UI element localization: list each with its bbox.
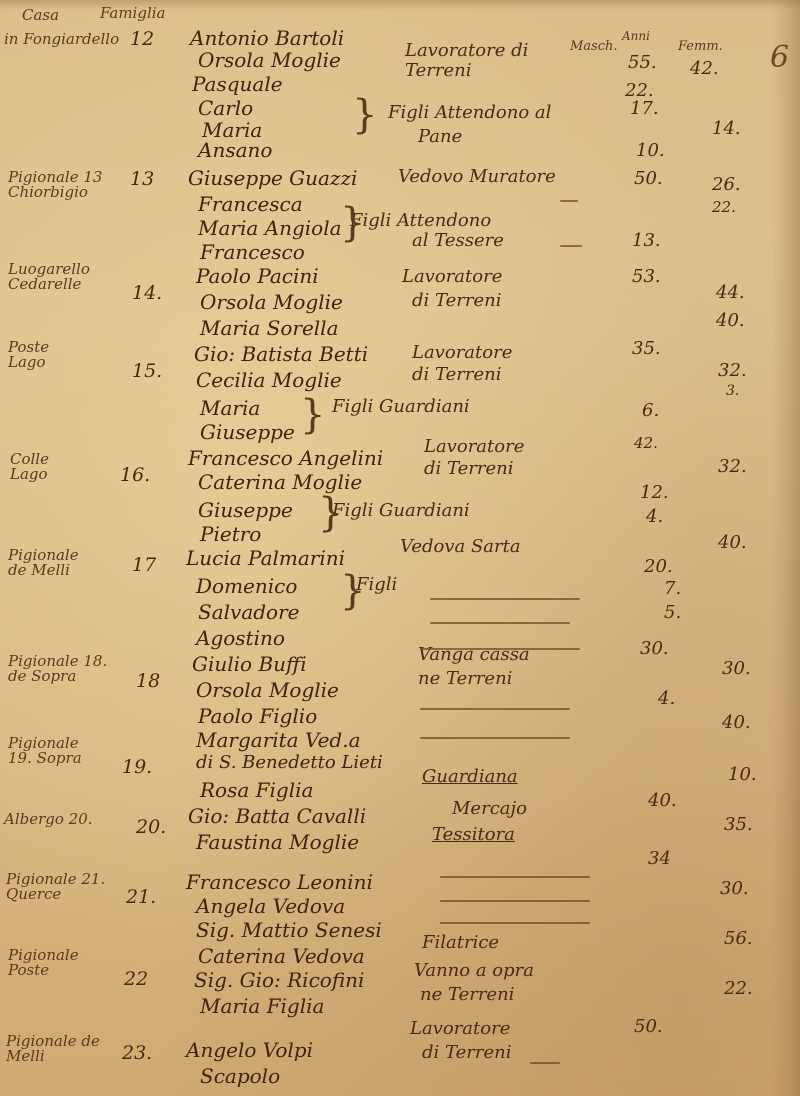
age-male: 53. bbox=[632, 268, 661, 286]
member-name: Agostino bbox=[196, 628, 285, 648]
house-name: in Fongiardello bbox=[4, 32, 119, 47]
member-name: Lucia Palmarini bbox=[186, 548, 345, 568]
member-name: Pasquale bbox=[192, 74, 283, 94]
member-name: Cecilia Moglie bbox=[196, 370, 342, 390]
member-name: Domenico bbox=[196, 576, 297, 596]
age-female: 3. bbox=[726, 384, 739, 398]
age-female: 32. bbox=[718, 362, 747, 380]
member-name: Francesca bbox=[198, 194, 303, 214]
member-occupation: Lavoratore bbox=[402, 268, 502, 286]
member-occupation: di Terreni bbox=[412, 292, 501, 310]
age-male: 20. bbox=[644, 558, 673, 576]
member-occupation: ne Terreni bbox=[420, 986, 514, 1004]
header-casa: Casa bbox=[22, 8, 59, 23]
member-occupation: Figli Guardiani bbox=[332, 502, 470, 520]
member-occupation: di Terreni bbox=[412, 366, 501, 384]
age-female: 22. bbox=[724, 980, 753, 998]
member-name: Giuseppe bbox=[198, 500, 293, 520]
age-male: 55. bbox=[628, 54, 657, 72]
house-name: Pigionale 21. Querce bbox=[6, 872, 106, 902]
age-female: 22. bbox=[712, 200, 736, 215]
member-name: Maria Sorella bbox=[200, 318, 339, 338]
age-male: 5. bbox=[664, 604, 681, 622]
member-name: Francesco bbox=[200, 242, 305, 262]
filler-dash bbox=[440, 922, 590, 924]
member-name: Maria Angiola bbox=[198, 218, 342, 238]
age-female: 56. bbox=[724, 930, 753, 948]
family-number: 22 bbox=[124, 970, 148, 989]
age-male: 34 bbox=[648, 850, 671, 868]
brace-mark: } bbox=[318, 490, 343, 536]
member-name: Pietro bbox=[200, 524, 261, 544]
member-occupation: ne Terreni bbox=[418, 670, 512, 688]
member-occupation: Figli Guardiani bbox=[332, 398, 470, 416]
age-female: 40. bbox=[718, 534, 747, 552]
age-male: 10. bbox=[636, 142, 665, 160]
family-number: 19. bbox=[122, 758, 152, 777]
member-name: Francesco Leonini bbox=[186, 872, 373, 892]
member-occupation: Figli Attendono al bbox=[388, 104, 551, 122]
member-occupation: di Terreni bbox=[424, 460, 513, 478]
page-right-edge bbox=[772, 0, 800, 1096]
member-name: Caterina Vedova bbox=[198, 946, 365, 966]
corner-folio-mark: 6 bbox=[770, 40, 789, 75]
member-name: Angelo Volpi bbox=[186, 1040, 313, 1060]
family-number: 23. bbox=[122, 1044, 152, 1063]
member-name: Margarita Ved.a bbox=[196, 730, 361, 750]
age-female: 30. bbox=[720, 880, 749, 898]
family-number: 21. bbox=[126, 888, 156, 907]
family-number: 14. bbox=[132, 284, 162, 303]
member-name: Paolo Figlio bbox=[198, 706, 317, 726]
family-number: 20. bbox=[136, 818, 166, 837]
age-female: 10. bbox=[728, 766, 757, 784]
house-name: Pigionale de Melli bbox=[6, 1034, 106, 1064]
brace-mark: } bbox=[352, 92, 377, 138]
manuscript-page: Casa Famiglia Masch. Anni Femm. 6 in Fon… bbox=[0, 0, 800, 1096]
house-name: Pigionale 19. Sopra bbox=[8, 736, 98, 766]
family-number: 17 bbox=[132, 556, 156, 575]
age-female: 14. bbox=[712, 120, 741, 138]
member-name: Maria bbox=[200, 398, 260, 418]
member-occupation: Guardiana bbox=[422, 768, 518, 786]
member-occupation: Lavoratore bbox=[424, 438, 524, 456]
member-name: Orsola Moglie bbox=[200, 292, 343, 312]
family-number: 16. bbox=[120, 466, 150, 485]
age-male: 6. bbox=[642, 402, 659, 420]
member-name: Orsola Moglie bbox=[196, 680, 339, 700]
member-occupation: Vedovo Muratore bbox=[398, 168, 556, 186]
age-male: 7. bbox=[664, 580, 681, 598]
house-name: Luogarello Cedarelle bbox=[8, 262, 118, 292]
age-female: 44. bbox=[716, 284, 745, 302]
member-name: Angela Vedova bbox=[196, 896, 345, 916]
brace-mark: } bbox=[340, 200, 365, 246]
member-name: Gio: Batta Cavalli bbox=[188, 806, 366, 826]
age-female: 42. bbox=[690, 60, 719, 78]
header-anni: Anni bbox=[622, 30, 650, 42]
age-male: 13. bbox=[632, 232, 661, 250]
member-name: Maria Figlia bbox=[200, 996, 324, 1016]
age-male: 12. bbox=[640, 484, 669, 502]
header-maschi: Masch. bbox=[570, 40, 618, 53]
house-name: Pigionale de Melli bbox=[8, 548, 98, 578]
filler-dash bbox=[430, 622, 570, 624]
filler-dash bbox=[440, 876, 590, 878]
member-occupation: Terreni bbox=[405, 62, 471, 80]
member-occupation: Tessitora bbox=[432, 826, 515, 844]
header-femmine: Femm. bbox=[678, 40, 723, 53]
header-famiglia: Famiglia bbox=[100, 6, 166, 21]
member-name: Giulio Buffi bbox=[192, 654, 307, 674]
house-name: Albergo 20. bbox=[4, 812, 114, 827]
house-name: Pigionale Poste bbox=[8, 948, 98, 978]
age-female: 26. bbox=[712, 176, 741, 194]
member-name: Francesco Angelini bbox=[188, 448, 383, 468]
member-name: Gio: Batista Betti bbox=[194, 344, 368, 364]
member-name: Giuseppe Guazzi bbox=[188, 168, 357, 188]
family-number: 13 bbox=[130, 170, 154, 189]
filler-dash bbox=[560, 245, 582, 247]
house-name: Pigionale 18. de Sopra bbox=[8, 654, 118, 684]
house-name: Pigionale 13 Chiorbigio bbox=[8, 170, 118, 200]
member-name: di S. Benedetto Lieti bbox=[196, 754, 383, 772]
brace-mark: } bbox=[300, 392, 325, 438]
member-name: Sig. Mattio Senesi bbox=[196, 920, 382, 940]
member-name: Paolo Pacini bbox=[196, 266, 319, 286]
brace-mark: } bbox=[340, 568, 365, 614]
age-male: 50. bbox=[634, 1018, 663, 1036]
age-male: 50. bbox=[634, 170, 663, 188]
filler-dash bbox=[440, 900, 590, 902]
member-name: Rosa Figlia bbox=[200, 780, 313, 800]
member-occupation: Vanno a opra bbox=[414, 962, 534, 980]
member-name: Faustina Moglie bbox=[196, 832, 359, 852]
filler-dash bbox=[420, 648, 580, 650]
member-occupation: Figli Attendono bbox=[350, 212, 491, 230]
age-male: 4. bbox=[646, 508, 663, 526]
age-male: 17. bbox=[630, 100, 659, 118]
member-name: Sig. Gio: Ricofini bbox=[194, 970, 364, 990]
member-name: Scapolo bbox=[200, 1066, 280, 1086]
family-number: 18 bbox=[136, 672, 160, 691]
age-female: 40. bbox=[722, 714, 751, 732]
member-name: Giuseppe bbox=[200, 422, 295, 442]
member-name: Ansano bbox=[198, 140, 272, 160]
age-male: 42. bbox=[634, 436, 658, 451]
age-male: 4. bbox=[658, 690, 675, 708]
member-occupation: Lavoratore bbox=[410, 1020, 510, 1038]
age-female: 32. bbox=[718, 458, 747, 476]
house-name: Colle Lago bbox=[10, 452, 80, 482]
house-name: Poste Lago bbox=[8, 340, 88, 370]
member-name: Salvadore bbox=[198, 602, 299, 622]
family-number: 15. bbox=[132, 362, 162, 381]
member-occupation: Vedova Sarta bbox=[400, 538, 521, 556]
age-male: 40. bbox=[648, 792, 677, 810]
member-occupation: Lavoratore bbox=[412, 344, 512, 362]
member-occupation: Mercajo bbox=[452, 800, 527, 818]
member-name: Maria bbox=[202, 120, 262, 140]
member-name: Antonio Bartoli bbox=[190, 28, 344, 48]
member-occupation: di Terreni bbox=[422, 1044, 511, 1062]
filler-dash bbox=[420, 737, 570, 739]
member-occupation: Filatrice bbox=[422, 934, 499, 952]
member-name: Caterina Moglie bbox=[198, 472, 362, 492]
filler-dash bbox=[430, 598, 580, 600]
filler-dash bbox=[530, 1062, 560, 1064]
family-number: 12 bbox=[130, 30, 154, 49]
filler-dash bbox=[420, 708, 570, 710]
member-name: Carlo bbox=[198, 98, 253, 118]
member-occupation: al Tessere bbox=[412, 232, 504, 250]
age-male: 30. bbox=[640, 640, 669, 658]
member-occupation: Lavoratore di bbox=[405, 42, 528, 60]
age-female: 35. bbox=[724, 816, 753, 834]
age-female: 40. bbox=[716, 312, 745, 330]
age-male: 35. bbox=[632, 340, 661, 358]
age-female: 30. bbox=[722, 660, 751, 678]
member-occupation: Pane bbox=[418, 128, 462, 146]
member-name: Orsola Moglie bbox=[198, 50, 341, 70]
filler-dash bbox=[560, 200, 578, 202]
